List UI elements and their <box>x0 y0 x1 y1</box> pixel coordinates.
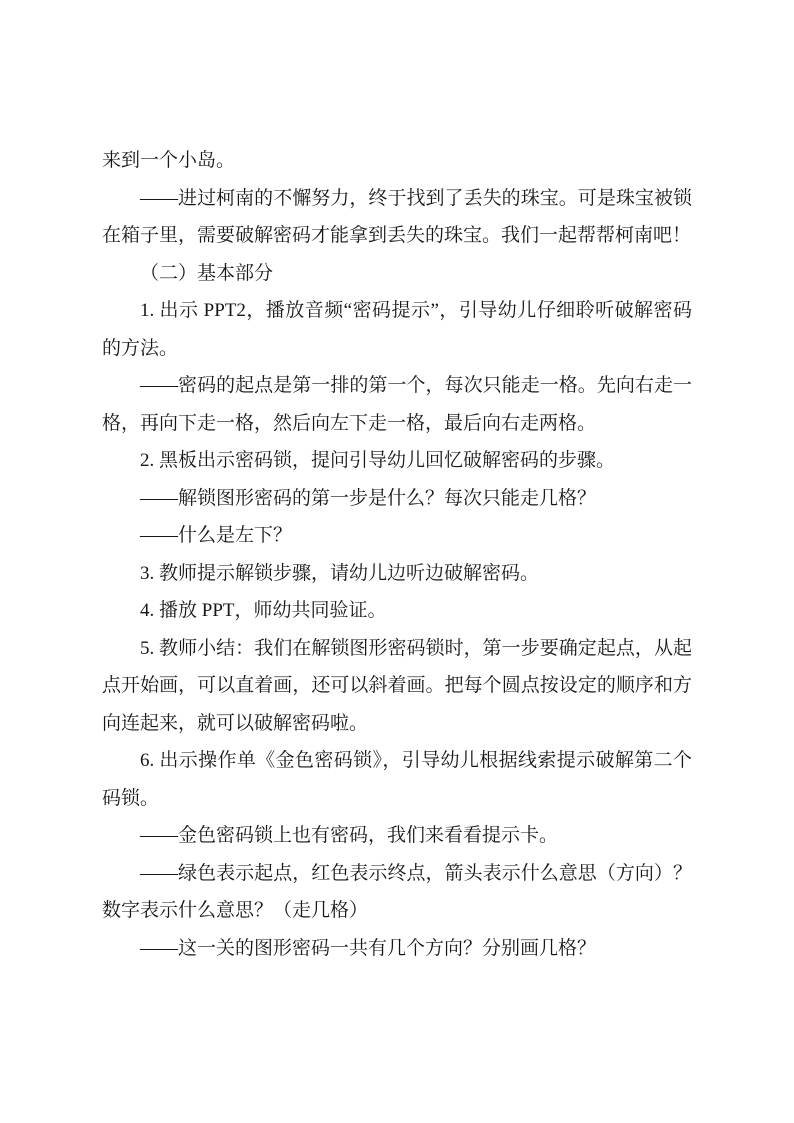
paragraph: （二）基本部分 <box>102 255 692 293</box>
text-line: 4. 播放 PPT，师幼共同验证。 <box>102 592 692 630</box>
paragraph: 2. 黑板出示密码锁，提问引导幼儿回忆破解密码的步骤。 <box>102 442 692 480</box>
text-line: 6. 出示操作单《金色密码锁》，引导幼儿根据线索提示破解第二个密 <box>102 742 692 780</box>
document-page: 来到一个小岛。——进过柯南的不懈努力，终于找到了丢失的珠宝。可是珠宝被锁在箱子里… <box>0 0 794 1123</box>
text-line: 3. 教师提示解锁步骤，请幼儿边听边破解密码。 <box>102 555 692 593</box>
text-line: ——什么是左下？ <box>102 517 692 555</box>
paragraph: ——解锁图形密码的第一步是什么？每次只能走几格？ <box>102 480 692 518</box>
text-line: 格，再向下走一格，然后向左下走一格，最后向右走两格。 <box>102 405 692 443</box>
text-line: ——进过柯南的不懈努力，终于找到了丢失的珠宝。可是珠宝被锁 <box>102 180 692 218</box>
text-line: 2. 黑板出示密码锁，提问引导幼儿回忆破解密码的步骤。 <box>102 442 692 480</box>
paragraph: ——什么是左下？ <box>102 517 692 555</box>
text-line: 在箱子里，需要破解密码才能拿到丢失的珠宝。我们一起帮帮柯南吧！ <box>102 217 692 255</box>
text-line: ——金色密码锁上也有密码，我们来看看提示卡。 <box>102 817 692 855</box>
paragraph: 4. 播放 PPT，师幼共同验证。 <box>102 592 692 630</box>
text-line: 数字表示什么意思？（走几格） <box>102 892 692 930</box>
paragraph: ——进过柯南的不懈努力，终于找到了丢失的珠宝。可是珠宝被锁在箱子里，需要破解密码… <box>102 180 692 255</box>
document-body: 来到一个小岛。——进过柯南的不懈努力，终于找到了丢失的珠宝。可是珠宝被锁在箱子里… <box>102 142 692 967</box>
text-line: 向连起来，就可以破解密码啦。 <box>102 705 692 743</box>
paragraph: 来到一个小岛。 <box>102 142 692 180</box>
text-line: ——解锁图形密码的第一步是什么？每次只能走几格？ <box>102 480 692 518</box>
text-line: 码锁。 <box>102 780 692 818</box>
text-line: 来到一个小岛。 <box>102 142 692 180</box>
text-line: 1. 出示 PPT2，播放音频“密码提示”，引导幼儿仔细聆听破解密码 <box>102 292 692 330</box>
paragraph: ——金色密码锁上也有密码，我们来看看提示卡。 <box>102 817 692 855</box>
text-line: ——密码的起点是第一排的第一个，每次只能走一格。先向右走一 <box>102 367 692 405</box>
text-line: ——绿色表示起点，红色表示终点，箭头表示什么意思（方向）？ <box>102 855 692 893</box>
paragraph: 3. 教师提示解锁步骤，请幼儿边听边破解密码。 <box>102 555 692 593</box>
text-line: （二）基本部分 <box>102 255 692 293</box>
text-line: ——这一关的图形密码一共有几个方向？分别画几格？ <box>102 930 692 968</box>
text-line: 点开始画，可以直着画，还可以斜着画。把每个圆点按设定的顺序和方 <box>102 667 692 705</box>
paragraph: ——这一关的图形密码一共有几个方向？分别画几格？ <box>102 930 692 968</box>
paragraph: ——绿色表示起点，红色表示终点，箭头表示什么意思（方向）？数字表示什么意思？（走… <box>102 855 692 930</box>
paragraph: 5. 教师小结：我们在解锁图形密码锁时，第一步要确定起点，从起点开始画，可以直着… <box>102 630 692 743</box>
paragraph: ——密码的起点是第一排的第一个，每次只能走一格。先向右走一格，再向下走一格，然后… <box>102 367 692 442</box>
paragraph: 6. 出示操作单《金色密码锁》，引导幼儿根据线索提示破解第二个密码锁。 <box>102 742 692 817</box>
text-line: 的方法。 <box>102 330 692 368</box>
text-line: 5. 教师小结：我们在解锁图形密码锁时，第一步要确定起点，从起 <box>102 630 692 668</box>
paragraph: 1. 出示 PPT2，播放音频“密码提示”，引导幼儿仔细聆听破解密码的方法。 <box>102 292 692 367</box>
